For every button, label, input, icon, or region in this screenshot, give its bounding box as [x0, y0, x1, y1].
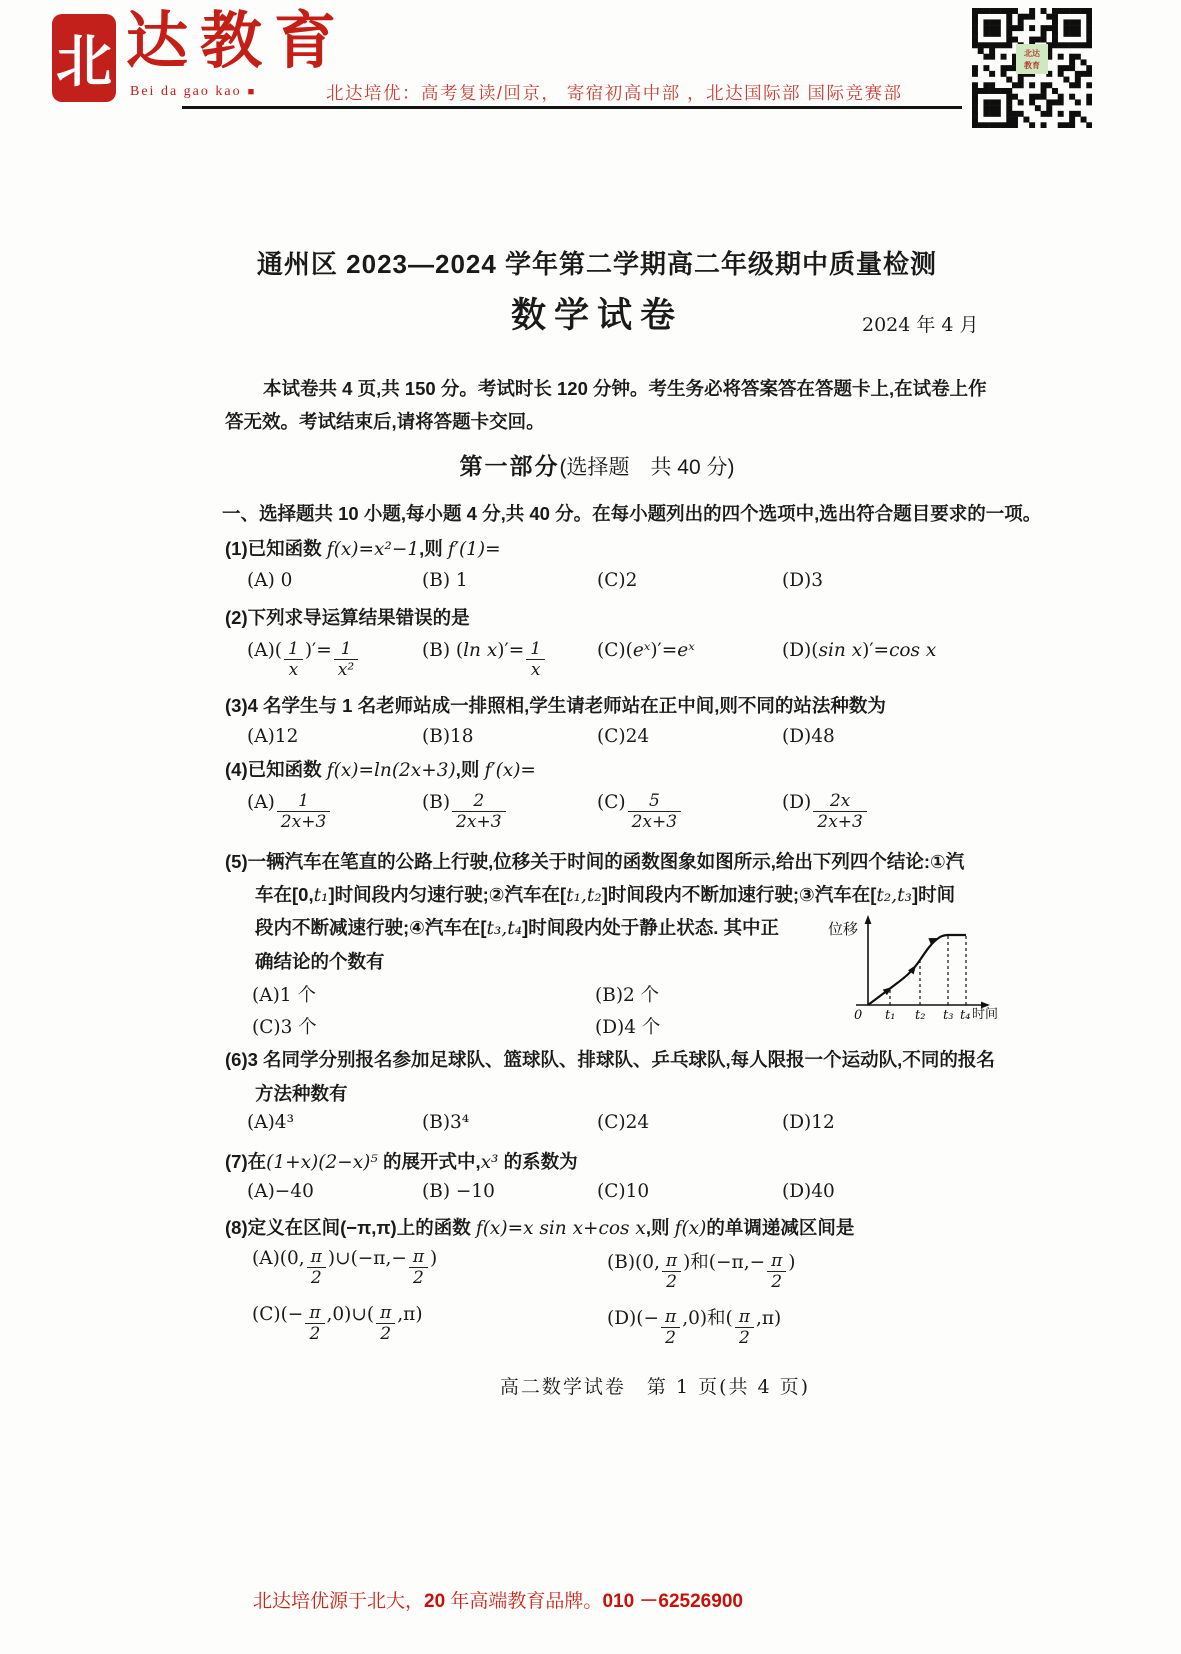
exam-date: 2024 年 4 月 [862, 310, 979, 337]
text-run: ,0)和( [682, 1308, 733, 1329]
q7-option-b: (B) −10 [422, 1181, 597, 1202]
math-run: (1+x)(2−x)⁵ [266, 1152, 378, 1173]
text-run: ,π) [397, 1304, 422, 1325]
text-run: (D)( [782, 640, 819, 661]
fraction: π2 [735, 1308, 754, 1347]
figure-tick-t2: t₂ [915, 1008, 925, 1023]
text-run: (C)24 [597, 726, 649, 747]
text-run: (C) [597, 792, 626, 813]
text-run: 的展开式中, [378, 1151, 481, 1172]
bottom-brand-pre: 北达培优源于北大， [253, 1591, 424, 1612]
brand-tagline: 北达培优：高考复读/回京， 寄宿初高中部 ，北达国际部 国际竞赛部 [326, 80, 902, 105]
question-5-line-2: 车在[0,t₁]时间段内匀速行驶;②汽车在[t₁,t₂]时间段内不断加速行驶;③… [225, 881, 999, 907]
question-8-stem: (8)定义在区间(−π,π)上的函数 f(x)=x sin x+cos x,则 … [225, 1214, 969, 1240]
text-run: (D)48 [782, 726, 835, 747]
q1-option-a: (A) 0 [247, 570, 422, 591]
math-run: x³ [481, 1152, 499, 1173]
text-run: (B) −10 [422, 1181, 495, 1202]
math-run: eˣ [633, 640, 651, 661]
text-run: (4)已知函数 [225, 759, 327, 780]
text-run: 确结论的个数有 [255, 951, 385, 972]
text-run: (C)( [597, 640, 633, 661]
figure-tick-t1: t₁ [885, 1008, 895, 1023]
text-run: ) [788, 1252, 795, 1273]
text-run: ,则 [456, 759, 485, 780]
question-6-options: (A)4³ (B)3⁴ (C)24 (D)12 [225, 1112, 973, 1133]
math-run: t₁,t₂ [566, 885, 602, 906]
text-run: (1)已知函数 [225, 538, 327, 559]
text-run: (C)24 [597, 1112, 649, 1133]
text-run: )′= [305, 640, 332, 661]
figure-tick-t4: t₄ [960, 1008, 970, 1023]
text-run: )′= [862, 640, 889, 661]
fraction: 1x [526, 640, 545, 679]
question-7-stem: (7)在(1+x)(2−x)⁵ 的展开式中,x³ 的系数为 [225, 1148, 969, 1174]
q2-option-c: (C)(eˣ)′=eˣ [597, 640, 782, 679]
qr-code: 北达 教育 [972, 8, 1092, 128]
text-run: ]时间段内不断加速行驶;③汽车在[ [602, 884, 877, 905]
q5-option-c: (C)3 个 [252, 1013, 595, 1039]
text-run: (B)3⁴ [422, 1112, 469, 1133]
figure-y-label: 位移 [828, 921, 858, 938]
text-run: (A)(0, [252, 1248, 305, 1269]
math-run: cos x [889, 640, 936, 661]
bottom-brand-phone: 010 －62526900 [602, 1591, 743, 1612]
text-run: (B)18 [422, 726, 474, 747]
brand-square-mark: ■ [248, 86, 257, 98]
text-run: (D)(− [607, 1308, 659, 1329]
fraction: π2 [661, 1308, 680, 1347]
question-8-options-row-1: (A)(0,π2)∪(−π,−π2) (B)(0,π2)和(−π,−π2) [225, 1248, 969, 1291]
figure-curve [868, 935, 966, 1005]
fraction: 12x+3 [277, 792, 331, 831]
q4-option-b: (B)22x+3 [422, 792, 597, 831]
q8-option-a: (A)(0,π2)∪(−π,−π2) [252, 1248, 607, 1291]
figure-y-axis-arrow [865, 915, 872, 924]
q3-option-d: (D)48 [782, 726, 973, 747]
q8-option-d: (D)(−π2,0)和(π2,π) [607, 1304, 969, 1347]
q2-option-b: (B) (ln x)′=1x [422, 640, 597, 679]
text-run: ,则 [646, 1217, 675, 1238]
math-run: ln x [463, 640, 497, 661]
text-run: (D)40 [782, 1181, 835, 1202]
q7-option-d: (D)40 [782, 1181, 973, 1202]
text-run: ) [430, 1248, 437, 1269]
question-5-line-1: (5)一辆汽车在笔直的公路上行驶,位移关于时间的函数图象如图所示,给出下列四个结… [225, 848, 969, 874]
math-run: t₃,t₄ [487, 918, 523, 939]
section-1-paren: (选择题 共 40 分) [559, 456, 734, 479]
question-2-options: (A)(1x)′=1x² (B) (ln x)′=1x (C)(eˣ)′=eˣ … [225, 640, 973, 679]
text-run: (A)12 [247, 726, 298, 747]
q6-option-a: (A)4³ [247, 1112, 422, 1133]
text-run: ,0)∪( [327, 1304, 375, 1325]
text-run: (D)12 [782, 1112, 835, 1133]
q6-option-d: (D)12 [782, 1112, 973, 1133]
math-run: f(x)=x sin x+cos x [476, 1218, 646, 1239]
text-run: (D) [782, 792, 811, 813]
text-run: (A)4³ [247, 1112, 294, 1133]
text-run: (2)下列求导运算结果错误的是 [225, 607, 470, 628]
text-run: (B)2 个 [595, 985, 659, 1006]
text-run: )′= [497, 640, 524, 661]
q8-option-b: (B)(0,π2)和(−π,−π2) [607, 1248, 969, 1291]
math-run: sin x [819, 640, 863, 661]
exam-paper-page: 北 达教育 Bei da gao kao■ 北达培优：高考复读/回京， 寄宿初高… [0, 0, 1181, 1654]
brand-logo: 北 [52, 14, 116, 102]
brand-subtitle: Bei da gao kao■ [130, 84, 256, 100]
question-6-line-2: 方法种数有 [225, 1080, 999, 1106]
text-run: ]时间段内匀速行驶;②汽车在[ [328, 884, 566, 905]
text-run: )′= [650, 640, 677, 661]
q4-option-a: (A)12x+3 [247, 792, 422, 831]
math-run: f(x)=ln(2x+3) [327, 760, 456, 781]
text-run: (8)定义在区间(−π,π)上的函数 [225, 1217, 476, 1238]
question-4-stem: (4)已知函数 f(x)=ln(2x+3),则 f′(x)= [225, 756, 969, 782]
q4-option-d: (D)2x2x+3 [782, 792, 973, 831]
text-run: (B) ( [422, 640, 463, 661]
text-run: )和(−π,− [683, 1252, 765, 1273]
text-run: )∪(−π,− [328, 1248, 407, 1269]
math-run: f′(x)= [485, 760, 536, 781]
fraction: π2 [376, 1304, 395, 1343]
text-run: 的单调递减区间是 [706, 1217, 854, 1238]
section-1-heading: 第一部分(选择题 共 40 分) [225, 448, 969, 481]
text-run: 段内不断减速行驶;④汽车在[ [255, 917, 487, 938]
text-run: (D)3 [782, 570, 823, 591]
text-run: (C)(− [252, 1304, 303, 1325]
question-4-options: (A)12x+3 (B)22x+3 (C)52x+3 (D)2x2x+3 [225, 792, 973, 831]
bottom-brand-line: 北达培优源于北大，20 年高端教育品牌。010 －62526900 [253, 1586, 743, 1613]
bottom-brand-mid: 年高端教育品牌。 [445, 1591, 602, 1612]
displacement-time-graph: 位移 0 t₁ t₂ t₃ t₄ 时间 [826, 912, 1004, 1024]
q7-option-a: (A)−40 [247, 1181, 422, 1202]
text-run: (B) 1 [422, 570, 468, 591]
brand-seal: 北 [52, 14, 116, 102]
text-run: (C)3 个 [252, 1017, 317, 1038]
text-run: (7)在 [225, 1151, 266, 1172]
math-run: t₁ [314, 885, 329, 906]
fraction: π2 [305, 1304, 324, 1343]
notice-line-1: 本试卷共 4 页,共 150 分。考试时长 120 分钟。考生务必将答案答在答题… [225, 375, 1008, 401]
q6-option-c: (C)24 [597, 1112, 782, 1133]
text-run: 车在[0, [255, 884, 314, 905]
text-run: (A) [247, 792, 275, 813]
fraction: 1x² [334, 640, 358, 679]
question-8-options-row-2: (C)(−π2,0)∪(π2,π) (D)(−π2,0)和(π2,π) [225, 1304, 969, 1347]
figure-x-label: 时间 [972, 1006, 998, 1021]
fraction: π2 [409, 1248, 428, 1287]
section-1-name: 第一部分 [459, 453, 559, 479]
text-run: (6)3 名同学分别报名参加足球队、篮球队、排球队、乒乓球队,每人限报一个运动队… [225, 1049, 995, 1070]
q2-option-a: (A)(1x)′=1x² [247, 640, 422, 679]
q2-option-d: (D)(sin x)′=cos x [782, 640, 973, 679]
math-run: t₂,t₃ [876, 885, 912, 906]
q7-option-c: (C)10 [597, 1181, 782, 1202]
math-run: f(x) [675, 1218, 707, 1239]
fraction: π2 [662, 1252, 681, 1291]
question-3-options: (A)12 (B)18 (C)24 (D)48 [225, 726, 973, 747]
question-7-options: (A)−40 (B) −10 (C)10 (D)40 [225, 1181, 973, 1202]
page-footer-label: 高二数学试卷 第 1 页(共 4 页) [395, 1372, 915, 1399]
brand-subtitle-text: Bei da gao kao [130, 84, 242, 99]
fraction: π2 [767, 1252, 786, 1291]
q3-option-a: (A)12 [247, 726, 422, 747]
q5-option-a: (A)1 个 [252, 981, 595, 1007]
q1-option-b: (B) 1 [422, 570, 597, 591]
q1-option-c: (C)2 [597, 570, 782, 591]
q3-option-c: (C)24 [597, 726, 782, 747]
qr-center-text-1: 北达 [1024, 48, 1040, 58]
q8-option-c: (C)(−π2,0)∪(π2,π) [252, 1304, 607, 1347]
notice-line-2: 答无效。考试结束后,请将答题卡交回。 [225, 408, 970, 434]
brand-seal-char: 北 [56, 18, 112, 98]
fraction: 22x+3 [452, 792, 506, 831]
text-run: (A)−40 [247, 1181, 314, 1202]
text-run: ]时间段内处于静止状态. 其中正 [522, 917, 779, 938]
text-run: 方法种数有 [255, 1083, 348, 1104]
fraction: 52x+3 [628, 792, 682, 831]
question-1-stem: (1)已知函数 f(x)=x²−1,则 f′(1)= [225, 535, 969, 561]
q6-option-b: (B)3⁴ [422, 1112, 597, 1133]
question-3-stem: (3)4 名学生与 1 名老师站成一排照相,学生请老师站在正中间,则不同的站法种… [225, 692, 969, 718]
question-1-options: (A) 0 (B) 1 (C)2 (D)3 [225, 570, 973, 591]
text-run: (A) 0 [247, 570, 292, 591]
question-6-line-1: (6)3 名同学分别报名参加足球队、篮球队、排球队、乒乓球队,每人限报一个运动队… [225, 1046, 969, 1072]
q4-option-c: (C)52x+3 [597, 792, 782, 831]
text-run: (D)4 个 [595, 1017, 660, 1038]
text-run: 的系数为 [498, 1151, 577, 1172]
q1-option-d: (D)3 [782, 570, 973, 591]
figure-tick-t3: t₃ [943, 1008, 953, 1023]
text-run: (B)(0, [607, 1252, 660, 1273]
math-run: f′(1)= [448, 539, 501, 560]
qr-center-text-2: 教育 [1023, 60, 1040, 70]
text-run: (A)( [247, 640, 282, 661]
text-run: ,π) [756, 1308, 781, 1329]
text-run: ,则 [419, 538, 448, 559]
section-1-intro: 一、选择题共 10 小题,每小题 4 分,共 40 分。在每小题列出的四个选项中… [222, 500, 972, 526]
text-run: (3)4 名学生与 1 名老师站成一排照相,学生请老师站在正中间,则不同的站法种… [225, 695, 886, 716]
brand-name: 达教育 [126, 10, 348, 72]
text-run: (A)1 个 [252, 985, 316, 1006]
bottom-brand-bold-1: 20 [424, 1591, 445, 1612]
exam-title: 通州区 2023—2024 学年第二学期高二年级期中质量检测 [225, 244, 969, 281]
text-run: (C)10 [597, 1181, 649, 1202]
text-run: ]时间 [912, 884, 955, 905]
text-run: (C)2 [597, 570, 637, 591]
math-run: eˣ [677, 640, 695, 661]
text-run: (B) [422, 792, 450, 813]
text-run: (5)一辆汽车在笔直的公路上行驶,位移关于时间的函数图象如图所示,给出下列四个结… [225, 851, 964, 872]
math-run: f(x)=x²−1 [327, 539, 419, 560]
fraction: 1x [284, 640, 303, 679]
question-2-stem: (2)下列求导运算结果错误的是 [225, 604, 969, 630]
header-divider [182, 106, 962, 109]
fraction: 2x2x+3 [813, 792, 867, 831]
exam-subject: 数学试卷 [225, 288, 969, 338]
figure-origin-label: 0 [854, 1008, 862, 1023]
fraction: π2 [307, 1248, 326, 1287]
q3-option-b: (B)18 [422, 726, 597, 747]
